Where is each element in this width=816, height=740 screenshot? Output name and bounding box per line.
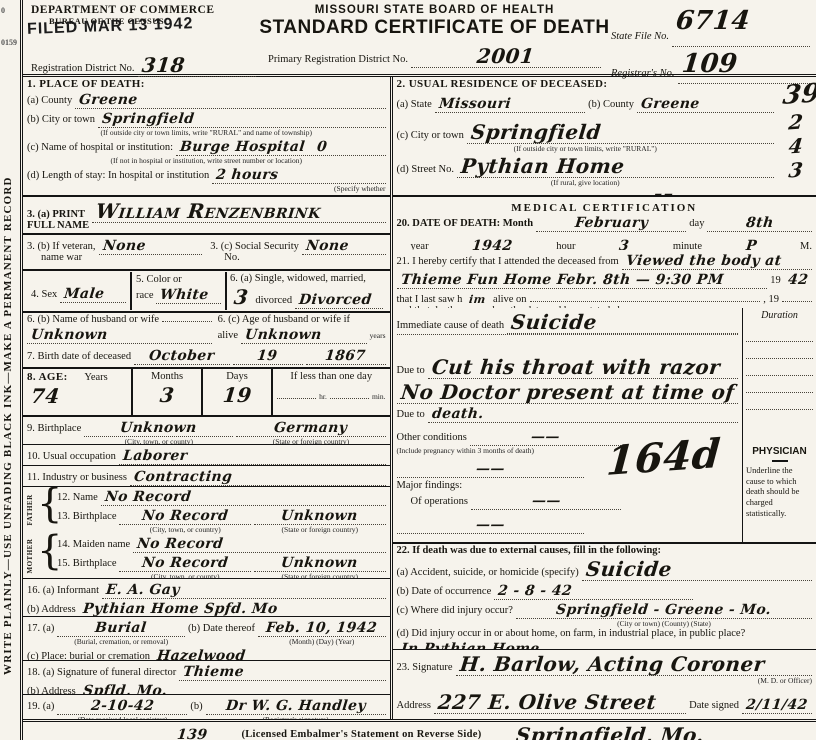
death-year-label: year [411,241,429,250]
father-birthplace-label: 13. Birthplace [57,511,116,522]
date-signed-label: Date signed [689,700,739,711]
margin-codes: 39 2 4 3 [779,79,813,181]
age-years-value: 74 [26,384,65,408]
residence-county-label: (b) County [588,99,634,110]
section-registrar: 19. (a) 2-10-42 (Date received local reg… [23,695,390,719]
age-months-label: Months [137,371,197,382]
registrar-signature-value: Dr W. G. Handley [221,698,371,714]
certificate-header: DEPARTMENT OF COMMERCE BUREAU OF THE CEN… [23,0,816,77]
usual-residence-heading: 2. USUAL RESIDENCE OF DECEASED: [397,78,775,90]
funeral-director-label: 18. (a) Signature of funeral director [27,667,176,678]
due-to-label: Due to [397,365,425,376]
injury-where-label: (c) Where did injury occur? [397,605,513,616]
age-days-value: 19 [217,383,256,407]
mother-name-label: 14. Maiden name [57,539,130,550]
sex-label: 4. Sex [31,289,57,300]
section-usual-residence: 39 2 4 3 2. USUAL RESIDENCE OF DECEASED:… [393,77,816,197]
section-veteran-ssn: 3. (b) If veteran, name war None 3. (c) … [23,235,390,271]
registration-district-label: Registration District No. [31,63,135,74]
age-hr-label: hr. [319,392,327,401]
spouse-age-label: 6. (c) Age of husband or wife if [218,314,386,325]
registrar-no-value: 109 [676,49,743,79]
section-attended-certify: 21. I hereby certify that I attended the… [393,250,816,308]
margin-code: 3 [778,157,815,183]
other-conditions-label: Other conditions [397,432,467,443]
due-to-value2: No Doctor present at time of [395,380,739,404]
margin-code: 2 [778,109,815,135]
father-name-value: No Record [100,489,196,505]
death-day-label: day [689,218,704,229]
section-signature: 23. Signature H. Barlow, Acting Coroner … [393,650,816,719]
death-month-value: February [570,215,653,231]
margin-code: 39 [777,79,815,111]
occupation-label: 10. Usual occupation [27,451,116,462]
last-saw-label: that I last saw h [397,294,463,305]
registration-district-value: 318 [136,53,189,77]
father-birthplace-value: No Record [137,508,233,524]
due-to2-value: death. [427,406,488,422]
father-birthplace-note: (City, town, or country) [119,525,251,534]
due-to-value1: Cut his throat with razor [427,355,726,379]
residence-state-value: Missouri [434,96,516,112]
burial-place-value: Hazelwood [152,648,250,661]
place-of-death-heading: 1. PLACE OF DEATH: [27,78,386,90]
section-burial: 17. (a) Burial (Burial, cremation, or re… [23,617,390,661]
veteran-value: None [98,238,151,254]
section-birthplace: 9. Birthplace Unknown (City, town, or co… [23,417,390,445]
veteran-label: 3. (b) If veteran, [27,241,96,252]
age-min-label: min. [372,392,386,401]
operations-mark: —— [527,493,565,509]
city-note: (If outside city or town limits, write "… [27,128,386,137]
color-label2: race [136,290,153,301]
registrar-num: 19. (a) [27,701,54,712]
length-of-stay-note: (Specify whether [27,184,386,193]
last-saw-hw: im [465,293,491,306]
print-name-label: 3. (a) PRINT [27,209,89,220]
funeral-director-value: Thieme [178,664,249,680]
date-received-value: 2-10-42 [86,698,159,714]
registrar-b-label: (b) [190,701,202,712]
certify-hw2: Thieme Fun Home Febr. 8th — 9:30 PM [396,272,728,288]
injury-place-value: In Pythian Home [396,641,544,650]
burial-place-label: (c) Place: burial or cremation [27,651,150,661]
age-less-label: If less than one day [277,371,386,382]
section-cause-of-death: Immediate cause of death Suicide Due to … [393,308,816,426]
ssn-label: 3. (c) Social Security [210,241,299,252]
ssn-label2: No. [224,252,299,263]
margin-code: 4 [778,133,815,159]
occupation-value: Laborer [118,448,192,464]
residence-city-note: (If outside city or town limits, write "… [397,144,775,153]
certify-hw1: Viewed the body at [621,253,786,269]
ssn-value: None [301,238,354,254]
footer-city-hw: Springfield, Mo. [510,723,709,740]
spouse-age-value: Unknown [240,327,326,343]
death-minute-value: P [741,238,762,250]
physician-title: PHYSICIAN [746,446,813,457]
certificate-title: STANDARD CERTIFICATE OF DEATH [258,17,611,39]
spouse-age-suffix: years [370,331,386,340]
length-of-stay-value: 2 hours [211,167,283,183]
residence-street-value: Pythian Home [456,154,630,178]
marital-label2: divorced [255,295,292,306]
birthplace-value: Unknown [116,420,202,436]
birthplace-note: (City, town, or county) [84,437,233,445]
age-years-label: Years [84,372,107,383]
burial-note: (Burial, cremation, or removal) [57,637,185,646]
footer-row: 139 (Licensed Embalmer's Statement on Re… [23,719,816,740]
spouse-name-label: 6. (b) Name of husband or wife [27,314,159,325]
section-parents: FATHER MOTHER { 12. Name No Record 13. B… [23,487,390,579]
informant-address-value: Pythian Home Spfd. Mo [78,601,282,617]
hospital-mark: 0 [312,139,332,155]
certify-label: 21. I hereby certify that I attended the… [397,256,619,267]
margin-number: 0 [1,6,5,15]
header-right: State File No. 6714 Registrar's No. 109 [611,0,816,74]
date-of-death-label: 20. DATE OF DEATH: Month [397,218,534,229]
signer-address-label: Address [397,700,431,711]
left-margin: 0 0159 WRITE PLAINLY—USE UNFADING BLACK … [0,0,20,740]
medical-certification-heading: MEDICAL CERTIFICATION [511,202,697,212]
embalmer-note: (Licensed Embalmer's Statement on Revers… [241,729,481,740]
county-value: Greene [74,92,142,108]
residence-county-value: Greene [636,96,704,112]
operations-label: Of operations [411,496,468,507]
birthplace-value2: Germany [269,420,352,436]
section-sex-color-marital: 4. Sex Male 5. Color or race White 6. (a… [23,271,390,313]
birthplace-label: 9. Birthplace [27,423,81,434]
hospital-note: (If not in hospital or institution, writ… [27,156,386,165]
death-year-value: 1942 [467,238,517,250]
section-date-of-death: 20. DATE OF DEATH: Month February day 8t… [393,212,816,250]
physician-rail: PHYSICIAN Underline the cause to which d… [742,426,816,542]
left-column: 1. PLACE OF DEATH: (a) County Greene (b)… [23,77,393,719]
father-birthplace-value2: Unknown [277,508,363,524]
findings-mark: —— [471,517,509,533]
duration-label: Duration [746,310,813,321]
death-minute-label: minute [673,241,702,250]
mother-birthplace-value2: Unknown [277,555,363,571]
immediate-cause-value: Suicide [506,310,602,334]
signature-note: (M. D. or Officer) [456,676,813,685]
due-to-label2: Due to [397,409,425,420]
state-file-label: State File No. [611,31,669,42]
death-m-label: M. [800,241,812,250]
section-funeral-director: 18. (a) Signature of funeral director Th… [23,661,390,695]
death-day-value: 8th [741,215,778,231]
residence-city-label: (c) City or town [397,130,464,141]
father-group: { 12. Name No Record 13. Birthplace No R… [37,487,386,534]
primary-district-value: 2001 [472,44,540,68]
length-of-stay-label: (d) Length of stay: In hospital or insti… [27,170,209,181]
signer-address-value: 227 E. Olive Street [433,690,662,714]
immediate-cause-label: Immediate cause of death [397,320,505,331]
medical-certification-heading-row: MEDICAL CERTIFICATION [393,197,816,212]
other-mark2: —— [471,461,509,477]
marital-code: 3 [229,285,254,309]
margin-instruction-text: WRITE PLAINLY—USE UNFADING BLACK INK—MAK… [2,75,14,675]
date-received-note: (Date received local registrar) [57,715,187,719]
physician-text: Underline the cause to which death shoul… [746,465,813,518]
form-columns: 1. PLACE OF DEATH: (a) County Greene (b)… [23,77,816,719]
informant-address-label: (b) Address [27,604,76,615]
hospital-value: Burge Hospital [175,139,310,155]
burial-date-value: Feb. 10, 1942 [261,620,382,636]
color-label: 5. Color or [136,274,221,285]
residence-city-value: Springfield [466,120,607,144]
age-heading: 8. AGE: [27,371,68,383]
state-file-value: 6714 [670,6,755,36]
other-conditions-mark: —— [526,429,564,445]
birth-year-value: 1867 [320,348,370,364]
accident-suicide-label: (a) Accident, suicide, or homicide (spec… [397,567,579,578]
death-hour-label: hour [556,241,575,250]
primary-district-label: Primary Registration District No. [268,54,408,65]
marital-value: Divorced [294,292,376,308]
injury-where-value: Springfield - Greene - Mo. [552,602,777,618]
father-brace: { [37,487,62,527]
funeral-address-label: (b) Address [27,686,76,695]
mother-birthplace-note: (City, town, or county) [119,572,251,579]
mother-birthplace-note2: (State or foreign country) [254,572,386,579]
injury-place-label: (d) Did injury occur in or about home, o… [397,628,813,639]
certificate-body: DEPARTMENT OF COMMERCE BUREAU OF THE CEN… [20,0,816,740]
board-title: MISSOURI STATE BOARD OF HEALTH [258,4,611,16]
major-findings-label: Major findings: [397,480,739,491]
right-column: 39 2 4 3 2. USUAL RESIDENCE OF DECEASED:… [393,77,816,719]
father-birthplace-note2: (State or foreign country) [254,525,386,534]
print-name-label2: FULL NAME [27,220,89,231]
section-occupation: 10. Usual occupation Laborer [23,445,390,466]
industry-value: Contracting [129,469,237,485]
footer-code: 139 [172,727,212,740]
mother-brace: { [37,528,62,574]
registrar-signature-note: (Registrar's signature) [206,715,386,719]
full-name-value: William Renzenbrink [91,199,326,223]
mother-side-label: MOTHER [26,533,34,579]
death-certificate-document: 0 0159 WRITE PLAINLY—USE UNFADING BLACK … [0,0,816,740]
last-saw-mid: alive on [493,294,527,305]
section-place-of-death: 1. PLACE OF DEATH: (a) County Greene (b)… [23,77,390,197]
color-value: White [156,287,214,303]
marital-label: 6. (a) Single, widowed, married, [230,273,383,284]
birthplace-note2: (State or foreign country) [236,437,385,445]
certify-hw2-year: 42 [783,272,813,288]
mother-group: { 14. Maiden name No Record 15. Birthpla… [37,534,386,579]
death-hour-value: 3 [614,238,634,250]
residence-state-label: (a) State [397,99,432,110]
signature-value: H. Barlow, Acting Coroner [454,652,769,676]
section-spouse-birthdate: 6. (b) Name of husband or wife Unknown 6… [23,313,390,369]
section-industry: 11. Industry or business Contracting [23,466,390,487]
occurrence-date-label: (b) Date of occurrence [397,586,492,597]
section-full-name: 3. (a) PRINT FULL NAME William Renzenbri… [23,197,390,235]
accident-suicide-value: Suicide [580,557,676,581]
informant-value: E. A. Gay [101,582,184,598]
residence-street-label: (d) Street No. [397,164,454,175]
margin-number: 0159 [1,38,17,47]
physician-divider [772,460,788,462]
section-age: 8. AGE: Years 74 Months 3 Days 19 [23,369,390,417]
mother-birthplace-value: No Record [137,555,233,571]
funeral-address-value: Spfld, Mo. [78,683,172,695]
spouse-name-value: Unknown [26,327,112,343]
section-external-causes: 22. If death was due to external causes,… [393,544,816,650]
veteran-label2: name war [41,252,96,263]
mother-birthplace-label: 15. Birthplace [57,558,116,569]
last-saw-year: , 19 [763,294,779,305]
cause-code-value: 164d [600,430,725,485]
sex-value: Male [59,286,109,302]
mother-name-value: No Record [132,536,228,552]
birth-day-value: 19 [253,348,283,364]
informant-label: 16. (a) Informant [27,585,99,596]
external-causes-heading: 22. If death was due to external causes,… [397,545,813,556]
duration-rail: Duration [742,308,816,426]
city-value: Springfield [97,111,199,127]
burial-date-label: (b) Date thereof [188,623,255,634]
department-title: DEPARTMENT OF COMMERCE [31,4,256,16]
age-days-label: Days [207,371,267,382]
industry-label: 11. Industry or business [27,472,127,483]
father-side-label: FATHER [26,487,34,533]
section-other-conditions: 164d Other conditions —— (Include pregna… [393,426,816,544]
certify-printed-19: 19 [770,275,781,286]
injury-where-note: (City or town) (County) (State) [516,619,812,628]
birth-month-value: October [144,348,219,364]
age-months-value: 3 [155,383,180,407]
signature-label: 23. Signature [397,662,453,673]
header-left: DEPARTMENT OF COMMERCE BUREAU OF THE CEN… [23,0,258,74]
burial-date-note: (Month) (Day) (Year) [258,637,386,646]
spouse-age-mid: alive [218,330,238,341]
city-label: (b) City or town [27,114,95,125]
occurrence-date-value: 2 - 8 - 42 [493,583,577,599]
father-name-label: 12. Name [57,492,98,503]
header-center: MISSOURI STATE BOARD OF HEALTH STANDARD … [258,0,611,74]
county-label: (a) County [27,95,72,106]
date-signed-value: 2/11/42 [741,697,812,713]
section-informant: 16. (a) Informant E. A. Gay (b) Address … [23,579,390,617]
residence-street-note: (If rural, give location) [397,178,775,187]
burial-value: Burial [91,620,152,636]
hospital-label: (c) Name of hospital or institution: [27,142,173,153]
burial-num: 17. (a) [27,623,54,634]
birthdate-label: 7. Birth date of deceased [27,351,131,362]
